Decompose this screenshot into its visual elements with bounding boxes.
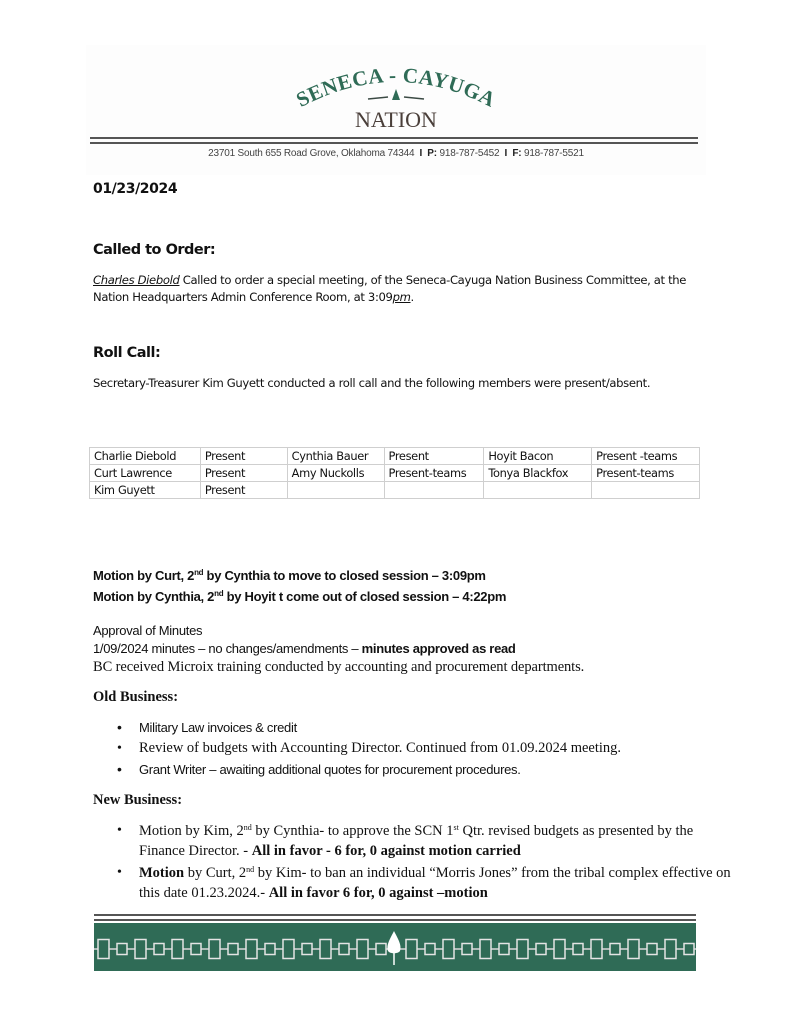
member-name [287,482,384,499]
list-item: Motion by Kim, 2nd by Cynthia- to approv… [139,821,739,861]
attendance-status [384,482,484,499]
member-name: Tonya Blackfox [484,465,592,482]
roll-call-heading: Roll Call: [93,345,160,361]
attendance-status: Present-teams [592,465,700,482]
roll-call-intro: Secretary-Treasurer Kim Guyett conducted… [93,375,653,392]
letterhead: SENECA - CAYUGA NATION 23701 South 655 R… [86,45,706,175]
contact-line: 23701 South 655 Road Grove, Oklahoma 743… [86,148,706,159]
member-name: Curt Lawrence [90,465,201,482]
svg-text:SENECA - CAYUGA: SENECA - CAYUGA [292,63,500,112]
motion-line: Motion by Curt, 2nd by Cynthia to move t… [93,565,506,586]
list-item: Grant Writer – awaiting additional quote… [139,759,739,780]
member-name: Cynthia Bauer [287,448,384,465]
fax: 918-787-5521 [524,148,584,159]
attendance-status: Present [384,448,484,465]
list-item: Motion by Curt, 2nd by Kim- to ban an in… [139,863,739,903]
member-name: Hoyit Bacon [484,448,592,465]
table-row: Curt LawrencePresentAmy NuckollsPresent-… [90,465,700,482]
new-business-list: Motion by Kim, 2nd by Cynthia- to approv… [93,821,739,905]
tree-icon [392,89,400,100]
member-name: Kim Guyett [90,482,201,499]
header-rule [90,142,698,144]
member-name [484,482,592,499]
attendance-status: Present [200,465,287,482]
approval-of-minutes: Approval of Minutes 1/09/2024 minutes – … [93,622,584,676]
table-row: Charlie DieboldPresentCynthia BauerPrese… [90,448,700,465]
called-to-order-heading: Called to Order: [93,242,215,258]
chair-name: Charles Diebold [93,273,179,287]
attendance-status: Present [200,482,287,499]
wampum-pattern [94,923,696,971]
list-item: Military Law invoices & credit [139,717,739,738]
roll-call-table: Charlie DieboldPresentCynthia BauerPrese… [89,447,700,499]
header-rule [90,137,698,139]
meeting-date: 01/23/2024 [93,181,177,197]
table-row: Kim GuyettPresent [90,482,700,499]
footer-band [94,914,696,972]
old-business-list: Military Law invoices & credit Review of… [93,717,739,780]
motion-line: Motion by Cynthia, 2nd by Hoyit t come o… [93,586,506,607]
logo-org-line1: SENECA - CAYUGA [292,63,500,112]
attendance-status: Present -teams [592,448,700,465]
logo-org-line2: NATION [355,107,437,132]
phone: 918-787-5452 [439,148,499,159]
address: 23701 South 655 Road Grove, Oklahoma 743… [208,148,414,159]
closed-session-motions: Motion by Curt, 2nd by Cynthia to move t… [93,565,506,607]
member-name: Amy Nuckolls [287,465,384,482]
attendance-status: Present-teams [384,465,484,482]
called-to-order-text: Charles Diebold Called to order a specia… [93,272,693,306]
approval-heading: Approval of Minutes [93,622,584,640]
list-item: Review of budgets with Accounting Direct… [139,738,739,759]
training-note: BC received Microix training conducted b… [93,658,584,676]
nation-logo: SENECA - CAYUGA NATION [286,63,506,135]
approval-line: 1/09/2024 minutes – no changes/amendment… [93,640,584,658]
attendance-status [592,482,700,499]
old-business-heading: Old Business: [93,689,178,706]
attendance-status: Present [200,448,287,465]
member-name: Charlie Diebold [90,448,201,465]
new-business-heading: New Business: [93,792,182,809]
